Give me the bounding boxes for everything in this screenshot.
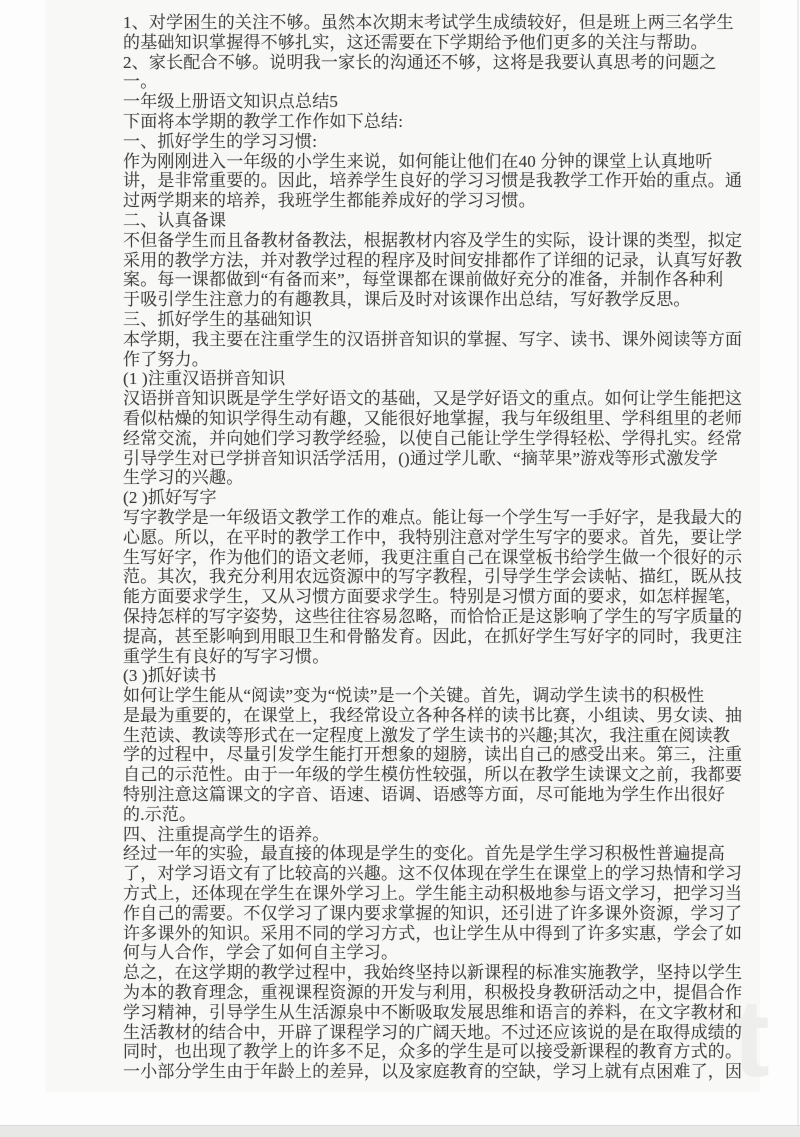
text-line: 生写好字，作为他们的语文老师，我更注重自己在课堂板书给学生做一个很好的示 [123,548,775,568]
text-line: 心愿。所以，在平时的教学工作中，我特别注意对学生写字的要求。首先，要让学 [123,528,775,548]
text-line: 看似枯燥的知识学得生动有趣，又能很好地掌握，我与年级组里、学科组里的老师 [123,409,775,429]
bottom-ui-band [0,1125,800,1137]
text-line: 案。每一课都做到“有备而来”，每堂课都在课前做好充分的准备，并制作各种利 [123,270,775,290]
text-line: 汉语拼音知识既是学生学好语文的基础，又是学好语文的重点。如何让学生能把这 [123,389,775,409]
text-line: 的基础知识掌握得不够扎实，这还需要在下学期给予他们更多的关注与帮助。 [123,33,775,53]
text-line: (3 )抓好读书 [123,666,775,686]
text-line: 学的过程中，尽量引发学生能打开想象的翅膀，读出自己的感受出来。第三，注重 [123,745,775,765]
text-line: 如何让学生能从“阅读”变为“悦读”是一个关键。首先，调动学生读书的积极性 [123,686,775,706]
text-line: 2、家长配合不够。说明我一家长的沟通还不够，这将是我要认真思考的问题之 [123,53,775,73]
text-line: 一。 [123,72,775,92]
text-line: 是最为重要的，在课堂上，我经常设立各种各样的读书比赛，小组读、男女读、抽 [123,706,775,726]
text-line: 过两学期来的培养，我班学生都能养成好的学习习惯。 [123,191,775,211]
text-line: 方式上，还体现在学生在课外学习上。学生能主动积极地参与语文学习，把学习当 [123,884,775,904]
text-line: 于吸引学生注意力的有趣教具，课后及时对该课作出总结，写好教学反思。 [123,290,775,310]
text-line: 一、抓好学生的学习习惯: [123,132,775,152]
text-line: 生活教材的结合中，开辟了课程学习的广阔天地。不过还应该说的是在取得成绩的 [123,1023,775,1043]
text-line: 经常交流，并向她们学习教学经验，以使自己能让学生学得轻松、学得扎实。经常 [123,429,775,449]
text-line: 三、抓好学生的基础知识 [123,310,775,330]
text-line: 讲，是非常重要的。因此，培养学生良好的学习习惯是我教学工作开始的重点。通 [123,171,775,191]
text-line: 作了努力。 [123,350,775,370]
text-line: 能方面要求学生，又从习惯方面要求学生。特别是习惯方面的要求，如怎样握笔， [123,587,775,607]
text-line: 四、注重提高学生的语养。 [123,825,775,845]
text-line: 保持怎样的写字姿势，这些往往容易忽略，而恰恰正是这影响了学生的写字质量的 [123,607,775,627]
right-edge-divider [797,0,799,1137]
document-page: t 1、对学困生的关注不够。虽然本次期末考试学生成绩较好，但是班上两三名学生的基… [45,0,760,1092]
document-text: 1、对学困生的关注不够。虽然本次期末考试学生成绩较好，但是班上两三名学生的基础知… [123,13,775,1082]
text-line: 同时，也出现了教学上的许多不足，众多的学生是可以接受新课程的教育方式的。 [123,1042,775,1062]
screenshot-viewport: t 1、对学困生的关注不够。虽然本次期末考试学生成绩较好，但是班上两三名学生的基… [0,0,800,1137]
text-line: 生学习的兴趣。 [123,468,775,488]
text-line: (1 )注重汉语拼音知识 [123,369,775,389]
text-line: 引导学生对已学拼音知识活学活用，()通过学儿歌、“摘苹果”游戏等形式激发学 [123,449,775,469]
text-line: 特别注意这篇课文的字音、语速、语调、语感等方面，尽可能地为学生作出很好 [123,785,775,805]
text-line: 学习精神，引导学生从生活源泉中不断吸取发展思维和语言的养料，在文字教材和 [123,1003,775,1023]
text-line: 经过一年的实验，最直接的体现是学生的变化。首先是学生学习积极性普遍提高 [123,844,775,864]
text-line: 自己的示范性。由于一年级的学生模仿性较强，所以在教学生读课文之前，我都要 [123,765,775,785]
text-line: 作自己的需要。不仅学习了课内要求掌握的知识，还引进了许多课外资源，学习了 [123,904,775,924]
text-line: 生范读、教读等形式在一定程度上激发了学生读书的兴趣;其次，我注重在阅读教 [123,726,775,746]
text-line: 作为刚刚进入一年级的小学生来说，如何能让他们在40 分钟的课堂上认真地听 [123,152,775,172]
text-line: 采用的教学方法，并对教学过程的程序及时间安排都作了详细的记录，认真写好教 [123,251,775,271]
text-line: 了，对学习语文有了比较高的兴趣。这不仅体现在学生在课堂上的学习热情和学习 [123,864,775,884]
text-line: 提高，甚至影响到用眼卫生和骨骼发育。因此，在抓好学生写好字的同时，我更注 [123,627,775,647]
text-line: 一年级上册语文知识点总结5 [123,92,775,112]
text-line: 二、认真备课 [123,211,775,231]
text-line: 下面将本学期的教学工作作如下总结: [123,112,775,132]
text-line: 总之，在这学期的教学过程中，我始终坚持以新课程的标准实施教学，坚持以学生 [123,963,775,983]
text-line: 一小部分学生由于年龄上的差异，以及家庭教育的空缺，学习上就有点困难了，因 [123,1062,775,1082]
text-line: 写字教学是一年级语文教学工作的难点。能让每一个学生写一手好字，是我最大的 [123,508,775,528]
text-line: 为本的教育理念，重视课程资源的开发与利用，积极投身教研活动之中，提倡合作 [123,983,775,1003]
text-line: 本学期，我主要在注重学生的汉语拼音知识的掌握、写字、读书、课外阅读等方面 [123,330,775,350]
text-line: 的.示范。 [123,805,775,825]
text-line: 范。其次，我充分利用农远资源中的写字教程，引导学生学会读帖、描红，既从技 [123,567,775,587]
text-line: (2 )抓好写字 [123,488,775,508]
text-line: 许多课外的知识。采用不同的学习方式，也让学生从中得到了许多实惠，学会了如 [123,924,775,944]
text-line: 重学生有良好的写字习惯。 [123,647,775,667]
text-line: 不但备学生而且备教材备教法，根据教材内容及学生的实际，设计课的类型，拟定 [123,231,775,251]
text-line: 何与人合作，学会了如何自主学习。 [123,943,775,963]
text-line: 1、对学困生的关注不够。虽然本次期末考试学生成绩较好，但是班上两三名学生 [123,13,775,33]
